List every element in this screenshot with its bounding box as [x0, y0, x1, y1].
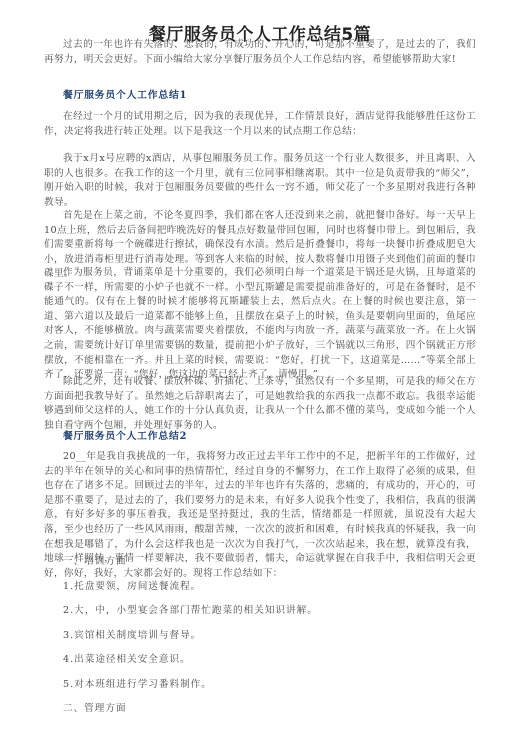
section-1-paragraph: 我于x月x号应聘的x酒店，从事包厢服务员工作。服务员这一个行业人数很多，并且离职… [44, 152, 476, 210]
document-page: 餐厅服务员个人工作总结5篇 过去的一年也许有失落的、悲哀的，有成功的、开心的，可… [0, 0, 520, 735]
list-item: 5.对本班组进行学习番料制作。 [63, 676, 212, 690]
list-item: 3.宾馆相关制度培训与督导。 [63, 627, 201, 641]
list-item: 2.大，中，小型宴会各部门帮忙跑菜的相关知识讲解。 [63, 602, 318, 616]
list-heading-management: 二、管理方面 [63, 700, 127, 714]
section-1-paragraph: 在经过一个月的试用期之后，因为我的表现优异，工作情景良好，酒店觉得我能够胜任这份… [44, 110, 476, 139]
list-item: 1.托盘要领，房间送餐流程。 [63, 578, 201, 592]
list-item: 4.出菜途径相关安全意识。 [63, 651, 191, 665]
section-1-paragraph: 作为服务员，背诵菜单是十分重要的，我们必须明白每一个道菜是干锅还是火锅，且每道菜… [44, 266, 476, 383]
section-1-heading: 餐厅服务员个人工作总结1 [63, 87, 187, 101]
list-heading-training: 一、培训方面 [63, 553, 127, 567]
intro-paragraph: 过去的一年也许有失落的、悲哀的，有成功的、开心的，可是那不重要了，是过去的了，我… [44, 38, 476, 67]
section-1-paragraph: 除此之外，还有收餐、摆放杯碟、折插花、上茶等，虽然仅有一个多星期，可是我的师父在… [44, 375, 476, 433]
section-2-heading: 餐厅服务员个人工作总结2 [63, 428, 187, 442]
